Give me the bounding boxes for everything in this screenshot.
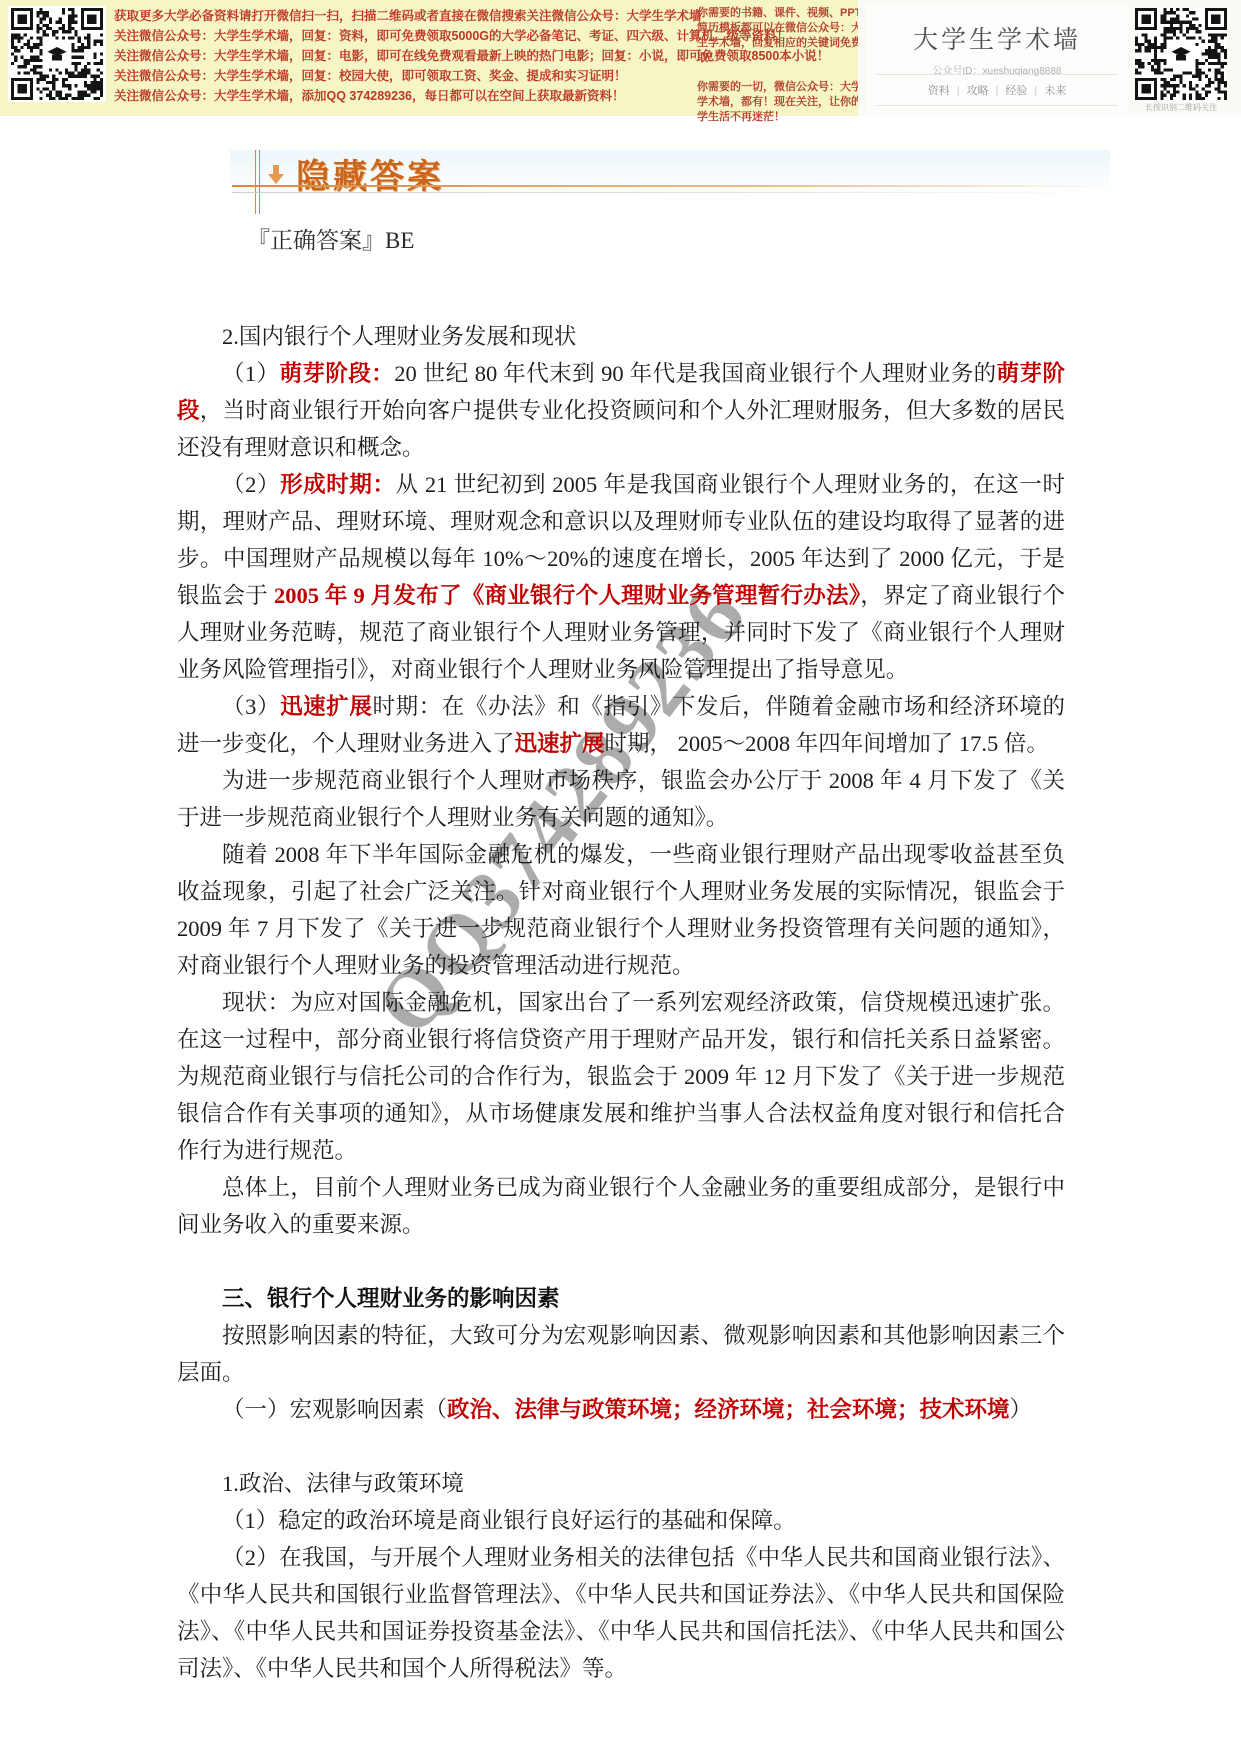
card-nav-item[interactable]: 攻略 [967,85,989,97]
banner-rule-secondary [232,192,1110,193]
text-segment: 2.国内银行个人理财业务发展和现状 [222,324,576,349]
header-note: 你需要的书籍、课件、视频、PPT、简历模板都可以在微信公众号：大学生学术墙，回复… [697,6,879,66]
paragraph: （一）宏观影响因素（政治、法律与政策环境；经济环境；社会环境；技术环境） [177,1391,1065,1428]
nav-separator: | [950,85,967,97]
paragraph: （1）萌芽阶段：20 世纪 80 年代末到 90 年代是我国商业银行个人理财业务… [177,355,1065,466]
brand-panel: 大学生学术墙 公众号ID：xueshuqiang8888 资料|攻略|经验|未来… [858,0,1241,116]
card-nav-item[interactable]: 未来 [1044,85,1066,97]
card-divider-top [876,74,1118,75]
text-segment: ） [1010,1397,1033,1422]
paragraph: 为进一步规范商业银行个人理财市场秩序，银监会办公厅于 2008 年 4 月下发了… [177,762,1065,836]
text-segment: 20 世纪 80 年代末到 90 年代是我国商业银行个人理财业务的 [394,361,996,386]
text-segment: （1） [222,361,280,386]
paragraph-gap [177,1243,1065,1280]
text-segment: 总体上，目前个人理财业务已成为商业银行个人金融业务的重要组成部分，是银行中间业务… [177,1175,1065,1237]
card-divider-bottom [876,105,1118,106]
text-segment: ，当时商业银行开始向客户提供专业化投资顾问和个人外汇理财服务，但大多数的居民还没… [177,398,1065,460]
paragraph: （1）稳定的政治环境是商业银行良好运行的基础和保障。 [177,1502,1065,1539]
paragraph: 随着 2008 年下半年国际金融危机的爆发，一些商业银行理财产品出现零收益甚至负… [177,836,1065,984]
paragraph: 总体上，目前个人理财业务已成为商业银行个人金融业务的重要组成部分，是银行中间业务… [177,1169,1065,1243]
page: 获取更多大学必备资料请打开微信扫一扫，扫描二维码或者直接在微信搜索关注微信公众号… [0,0,1241,1754]
down-arrow-icon [266,164,286,186]
nav-separator: | [989,85,1006,97]
text-segment: （1）稳定的政治环境是商业银行良好运行的基础和保障。 [222,1508,796,1533]
paragraph: 现状：为应对国际金融危机，国家出台了一系列宏观经济政策，信贷规模迅速扩张。在这一… [177,984,1065,1169]
text-segment: （2） [222,472,280,497]
correct-answer: 『正确答案』BE [247,222,414,255]
nav-separator: | [1027,85,1044,97]
card-nav-item[interactable]: 资料 [928,85,950,97]
card-nav: 资料|攻略|经验|未来 [866,82,1128,98]
text-segment: 时期， 2005～2008 年四年间增加了 17.5 倍。 [605,731,1049,756]
brand-card: 大学生学术墙 公众号ID：xueshuqiang8888 资料|攻略|经验|未来 [866,4,1128,112]
text-segment: 现状：为应对国际金融危机，国家出台了一系列宏观经济政策，信贷规模迅速扩张。在这一… [177,990,1065,1163]
text-segment: （一）宏观影响因素（ [222,1397,447,1422]
header-note: 你需要的一切，微信公众号：大学生学术墙，都有！现在关注，让你的大学生活不再迷茫！ [697,80,879,125]
text-segment: （2）在我国，与开展个人理财业务相关的法律包括《中华人民共和国商业银行法》、《中… [177,1545,1065,1681]
brand-title: 大学生学术墙 [866,20,1128,56]
text-segment: 按照影响因素的特征，大致可分为宏观影响因素、微观影响因素和其他影响因素三个层面。 [177,1323,1065,1385]
hide-answer-banner: 隐藏答案 [0,140,1241,220]
qr-code-right [1135,8,1227,100]
header-middle-notes: 你需要的书籍、课件、视频、PPT、简历模板都可以在微信公众号：大学生学术墙，回复… [697,6,879,139]
qr-caption: 长按识别二维码关注 [1135,102,1227,113]
paragraph: （2）形成时期：从 21 世纪初到 2005 年是我国商业银行个人理财业务的，在… [177,466,1065,688]
paragraph: 2.国内银行个人理财业务发展和现状 [177,318,1065,355]
banner-vertical-rule [255,150,260,214]
text-segment: 萌芽阶段： [280,361,395,386]
paragraph: 1.政治、法律与政策环境 [177,1465,1065,1502]
card-nav-item[interactable]: 经验 [1005,85,1027,97]
text-segment: 为进一步规范商业银行个人理财市场秩序，银监会办公厅于 2008 年 4 月下发了… [177,768,1065,830]
text-segment: 1.政治、法律与政策环境 [222,1471,464,1496]
banner-rule-primary [232,185,1110,187]
hide-answer-button[interactable]: 隐藏答案 [296,149,444,198]
text-segment: 形成时期： [280,472,396,497]
text-segment: 随着 2008 年下半年国际金融危机的爆发，一些商业银行理财产品出现零收益甚至负… [177,842,1065,978]
text-segment: 2005 年 9 月发布了《商业银行个人理财业务管理暂行办法》 [274,583,860,608]
paragraph-gap [177,1428,1065,1465]
promo-header: 获取更多大学必备资料请打开微信扫一扫，扫描二维码或者直接在微信搜索关注微信公众号… [0,0,1241,116]
text-segment: 三、银行个人理财业务的影响因素 [222,1286,560,1311]
paragraph: 按照影响因素的特征，大致可分为宏观影响因素、微观影响因素和其他影响因素三个层面。 [177,1317,1065,1391]
paragraph: （2）在我国，与开展个人理财业务相关的法律包括《中华人民共和国商业银行法》、《中… [177,1539,1065,1687]
text-segment: 迅速扩展 [280,694,372,719]
text-segment: 迅速扩展 [515,731,605,756]
text-segment: 政治、法律与政策环境；经济环境；社会环境；技术环境 [447,1397,1010,1422]
qr-code-left [8,6,106,102]
paragraph: 三、银行个人理财业务的影响因素 [177,1280,1065,1317]
text-segment: （3） [222,694,280,719]
paragraph: （3）迅速扩展时期：在《办法》和《指引》下发后，伴随着金融市场和经济环境的进一步… [177,688,1065,762]
document-body: 2.国内银行个人理财业务发展和现状（1）萌芽阶段：20 世纪 80 年代末到 9… [177,318,1065,1687]
